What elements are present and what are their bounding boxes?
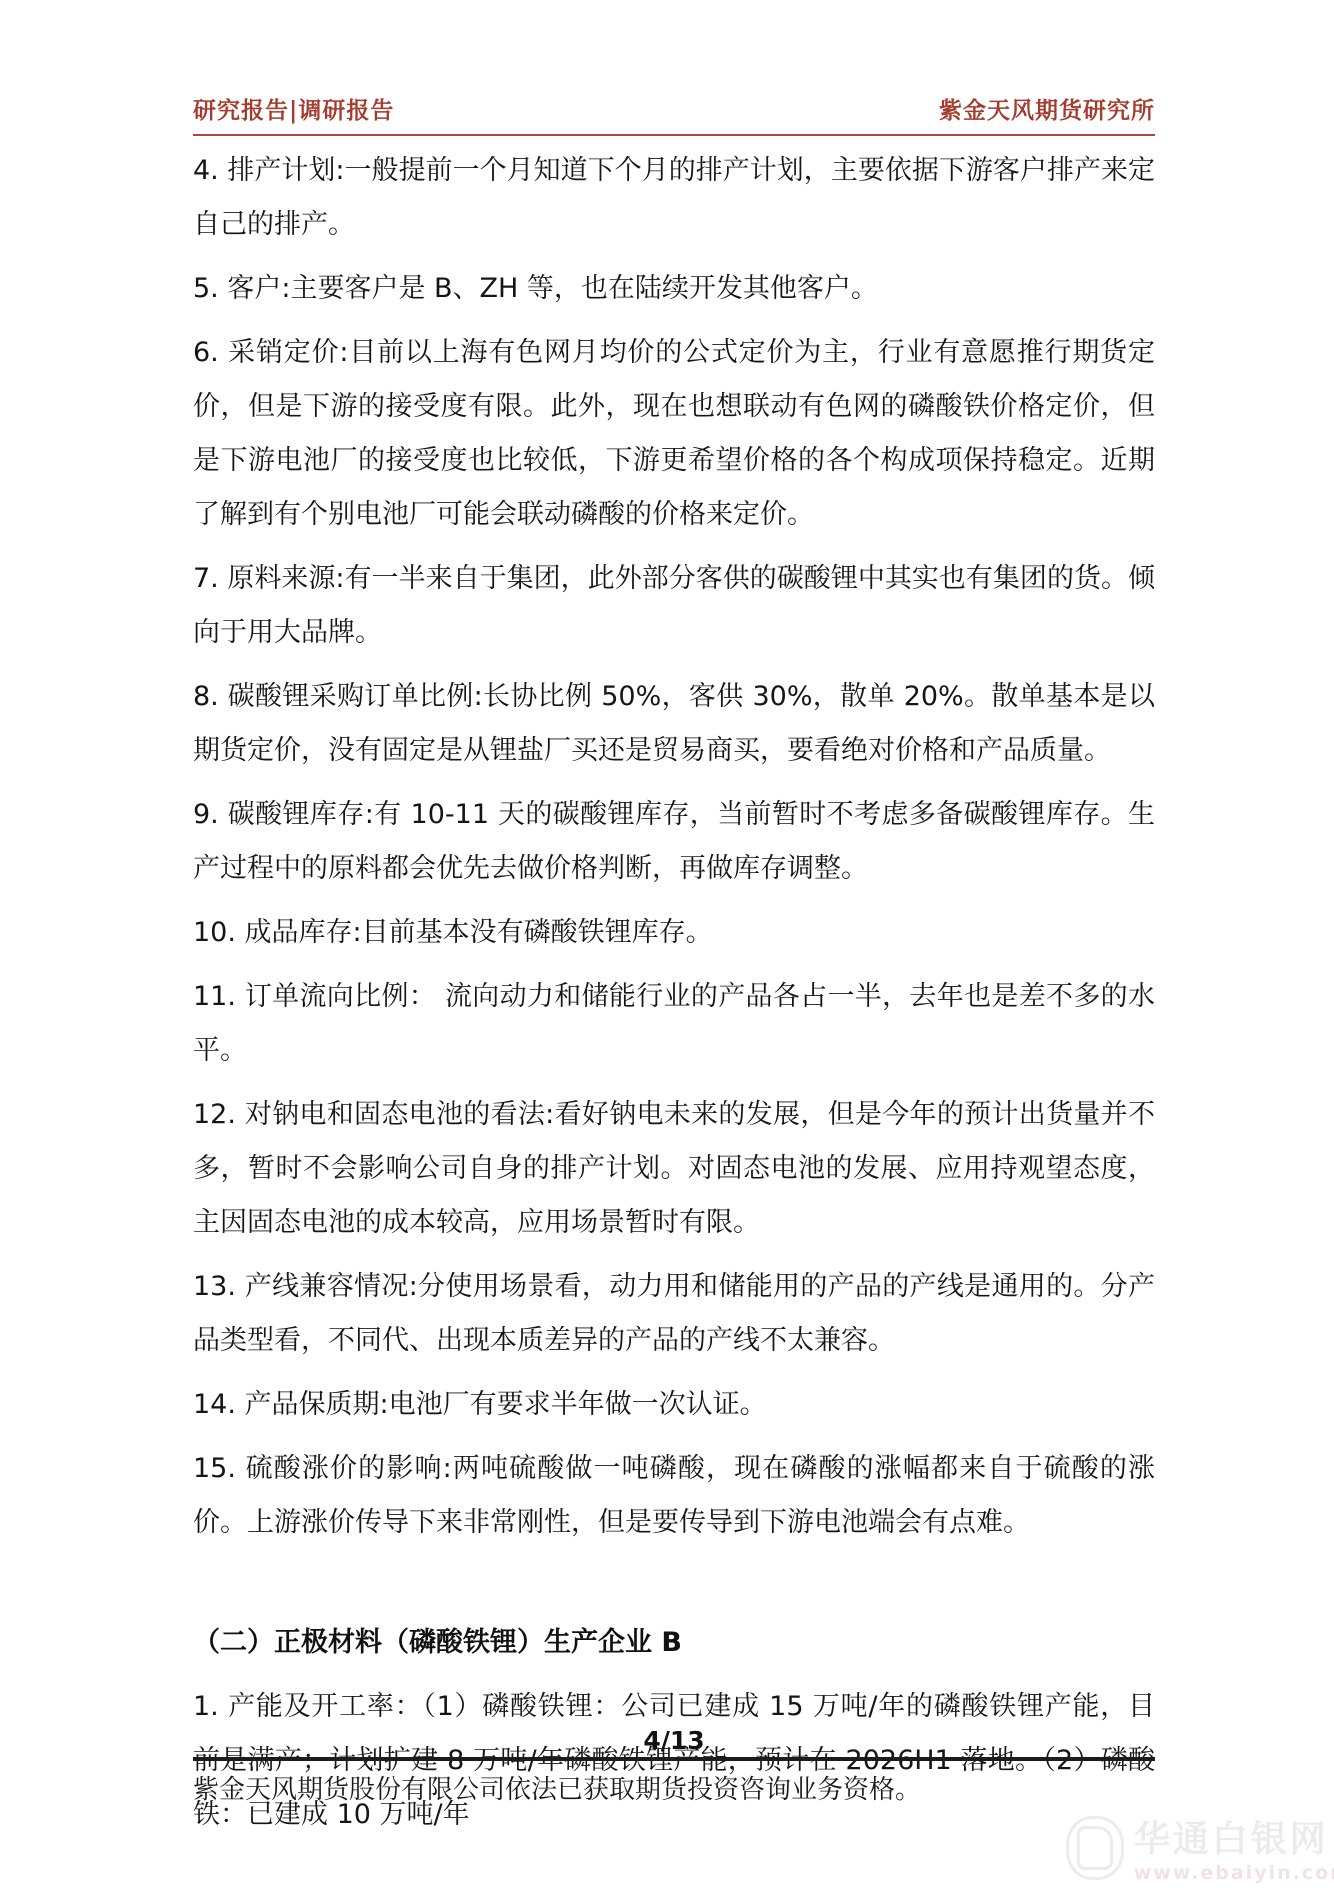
- body-paragraph: 1. 产能及开工率：（1）磷酸铁锂：公司已建成 15 万吨/年的磷酸铁锂产能，目…: [193, 1680, 1155, 1842]
- body-paragraph: 11. 订单流向比例： 流向动力和储能行业的产品各占一半，去年也是差不多的水平。: [193, 970, 1155, 1078]
- watermark-site-name: 华通白银网: [1134, 1811, 1334, 1862]
- body-paragraph: 5. 客户:主要客户是 B、ZH 等，也在陆续开发其他客户。: [193, 262, 1155, 316]
- body-paragraph: 9. 碳酸锂库存:有 10-11 天的碳酸锂库存，当前暂时不考虑多备碳酸锂库存。…: [193, 788, 1155, 896]
- institute-label: 紫金天风期货研究所: [939, 92, 1155, 125]
- body-paragraph: 6. 采销定价:目前以上海有色网月均价的公式定价为主，行业有意愿推行期货定价，但…: [193, 326, 1155, 542]
- body-paragraph: 12. 对钠电和固态电池的看法:看好钠电未来的发展，但是今年的预计出货量并不多，…: [193, 1088, 1155, 1250]
- page-number: 4/13: [193, 1726, 1155, 1755]
- watermark-site-url: www.ebaiyin.com: [1134, 1862, 1334, 1884]
- body-paragraph: 13. 产线兼容情况:分使用场景看，动力用和储能用的产品的产线是通用的。分产品类…: [193, 1260, 1155, 1368]
- report-header: 研究报告|调研报告 紫金天风期货研究所: [193, 92, 1155, 136]
- watermark-text: 华通白银网 www.ebaiyin.com: [1134, 1811, 1334, 1884]
- document-body: 4. 排产计划:一般提前一个月知道下个月的排产计划，主要依据下游客户排产来定自己…: [193, 144, 1155, 1842]
- body-paragraph: 14. 产品保质期:电池厂有要求半年做一次认证。: [193, 1378, 1155, 1432]
- body-paragraph: 4. 排产计划:一般提前一个月知道下个月的排产计划，主要依据下游客户排产来定自己…: [193, 144, 1155, 252]
- body-paragraph: 7. 原料来源:有一半来自于集团，此外部分客供的碳酸锂中其实也有集团的货。倾向于…: [193, 552, 1155, 660]
- body-paragraph: 8. 碳酸锂采购订单比例:长协比例 50%，客供 30%，散单 20%。散单基本…: [193, 670, 1155, 778]
- footer-disclaimer: 紫金天风期货股份有限公司依法已获取期货投资咨询业务资格。: [193, 1774, 1155, 1806]
- body-paragraph: 10. 成品库存:目前基本没有磷酸铁锂库存。: [193, 906, 1155, 960]
- report-type-label: 研究报告|调研报告: [193, 92, 394, 125]
- footer-divider: [193, 1757, 1155, 1761]
- body-paragraph: 15. 硫酸涨价的影响:两吨硫酸做一吨磷酸，现在磷酸的涨幅都来自于硫酸的涨价。上…: [193, 1442, 1155, 1550]
- page-content: 研究报告|调研报告 紫金天风期货研究所 4. 排产计划:一般提前一个月知道下个月…: [193, 0, 1155, 1852]
- section-heading: （二）正极材料（磷酸铁锂）生产企业 B: [193, 1616, 1155, 1670]
